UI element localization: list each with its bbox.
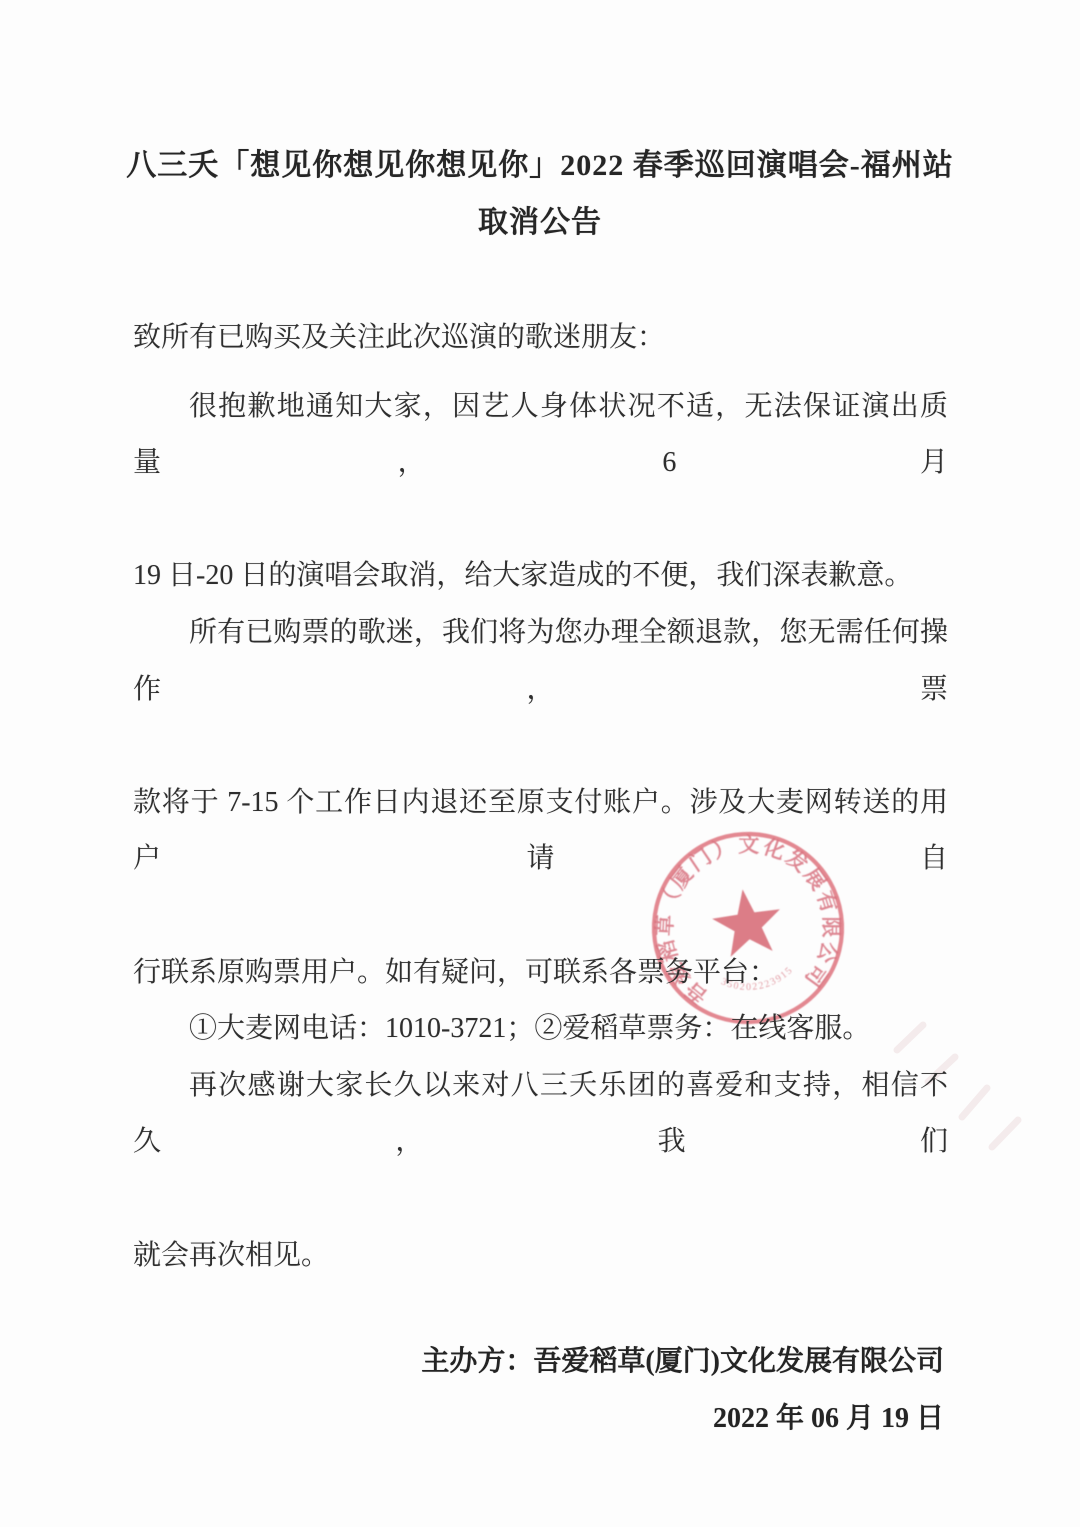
body-line: 就会再次相见。 <box>133 1228 948 1285</box>
title-line-1: 八三夭「想见你想见你想见你」2022 春季巡回演唱会-福州站 <box>0 137 1080 194</box>
body-line: 款将于 7-15 个工作日内退还至原支付账户。涉及大麦网转送的用户请自 <box>133 775 948 945</box>
date-line: 2022 年 06 月 19 日 <box>133 1391 944 1448</box>
body-line: 行联系原购票用户。如有疑问，可联系各票务平台： <box>133 945 948 1002</box>
body-line: 所有已购票的歌迷，我们将为您办理全额退款，您无需任何操作，票 <box>133 605 948 775</box>
document-body: 致所有已购买及关注此次巡演的歌迷朋友： 很抱歉地通知大家，因艺人身体状况不适，无… <box>133 310 948 1447</box>
body-line: 再次感谢大家长久以来对八三夭乐团的喜爱和支持，相信不久，我们 <box>133 1058 948 1228</box>
organizer-line: 主办方：吾爱稻草(厦门)文化发展有限公司 <box>133 1334 944 1391</box>
salutation-line: 致所有已购买及关注此次巡演的歌迷朋友： <box>133 310 948 367</box>
document-title: 八三夭「想见你想见你想见你」2022 春季巡回演唱会-福州站 取消公告 <box>0 0 1080 251</box>
body-line: 19 日-20 日的演唱会取消，给大家造成的不便，我们深表歉意。 <box>133 548 948 605</box>
cancellation-notice-document: 八三夭「想见你想见你想见你」2022 春季巡回演唱会-福州站 取消公告 致所有已… <box>0 0 1080 1527</box>
signature-block: 主办方：吾爱稻草(厦门)文化发展有限公司 2022 年 06 月 19 日 <box>133 1334 948 1447</box>
title-line-2: 取消公告 <box>0 194 1080 251</box>
body-line-contacts: ①大麦网电话：1010-3721；②爱稻草票务：在线客服。 <box>133 1001 948 1058</box>
body-line: 很抱歉地通知大家，因艺人身体状况不适，无法保证演出质量，6 月 <box>133 379 948 549</box>
